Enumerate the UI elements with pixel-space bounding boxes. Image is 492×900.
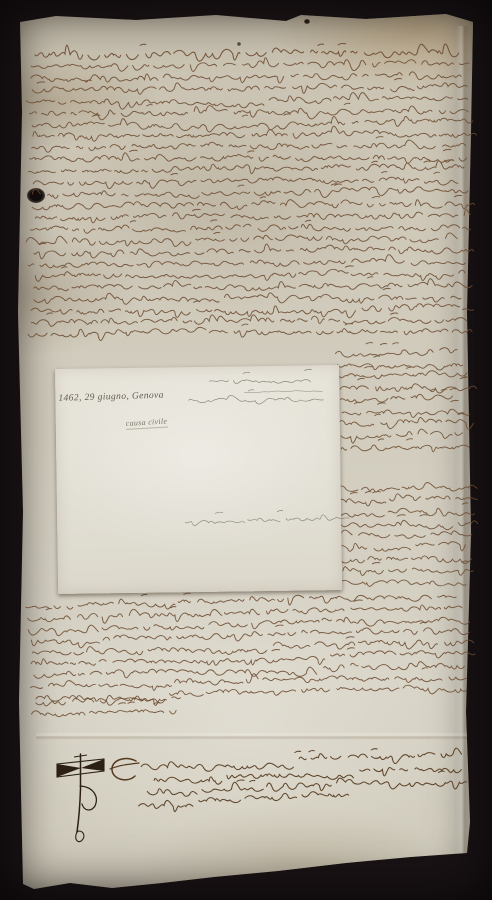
- slip-date-note: 1462, 29 giugno, Genova: [58, 391, 164, 404]
- parchment-hole: [27, 188, 45, 203]
- horizontal-fold-crease: [36, 732, 486, 740]
- slip-case-note: causa civile: [125, 417, 167, 430]
- ink-speck: [304, 19, 310, 24]
- archival-slip: 1462, 29 giugno, Genova causa civile: [55, 365, 342, 594]
- manuscript-photo: 1462, 29 giugno, Genova causa civile: [0, 0, 492, 900]
- ink-speck: [237, 42, 241, 46]
